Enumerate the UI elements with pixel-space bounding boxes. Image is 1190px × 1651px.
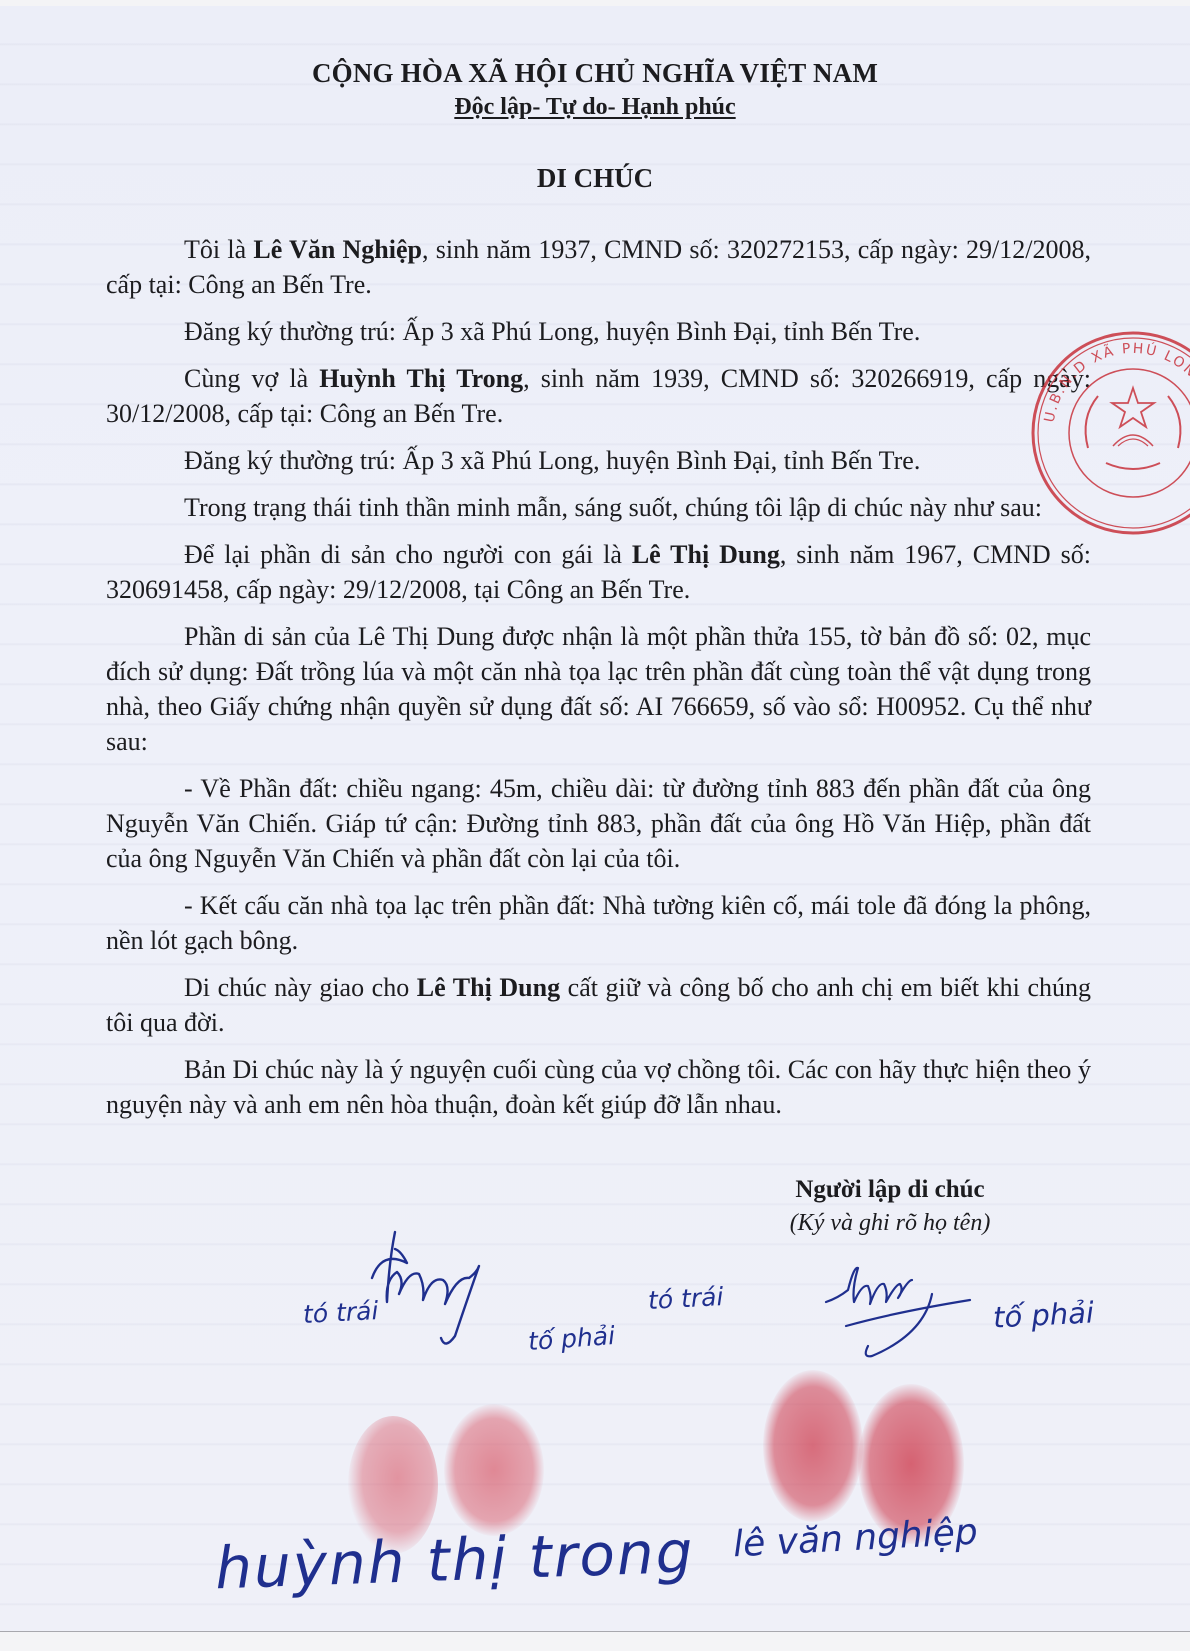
husband-left-fingerprint [763,1370,863,1522]
wife-right-thumb-label: tố phải [527,1321,616,1356]
wife-signature [372,1232,479,1344]
husband-left-thumb-label: tó trái [647,1282,724,1315]
husband-right-thumb-label: tố phải [992,1295,1095,1334]
wife-right-fingerprint [444,1404,544,1536]
husband-signature [826,1268,970,1356]
wife-left-thumb-label: tó trái [302,1296,379,1329]
handwriting-layer [0,6,1190,1631]
will-document-page: CỘNG HÒA XÃ HỘI CHỦ NGHĨA VIỆT NAM Độc l… [0,6,1190,1632]
